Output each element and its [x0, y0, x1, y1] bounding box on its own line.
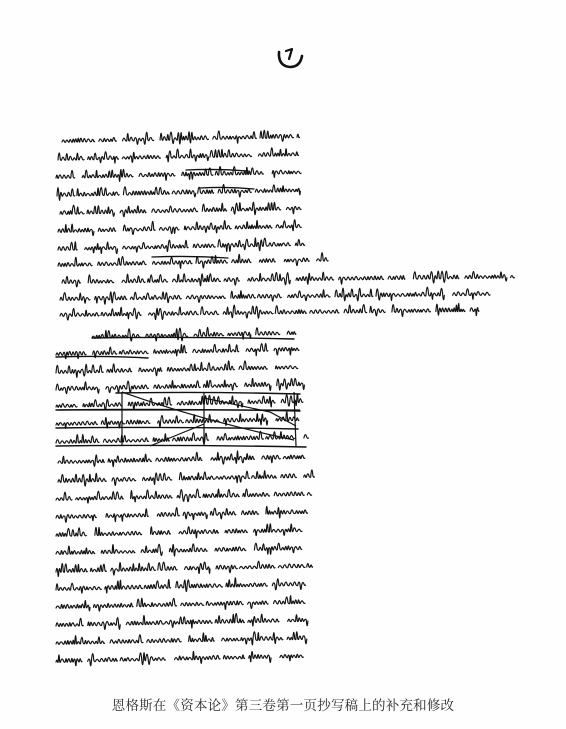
handwriting-line: [58, 220, 301, 236]
strikethrough-mark: [116, 392, 300, 394]
handwritten-manuscript: [0, 0, 566, 680]
handwriting-line: [56, 412, 299, 429]
strikethrough-mark: [56, 445, 306, 447]
handwriting-line: [56, 524, 302, 538]
handwriting-line: [58, 238, 305, 253]
handwriting-line: [56, 578, 306, 593]
handwriting-line: [60, 287, 490, 304]
underline-mark: [152, 256, 228, 258]
underline-mark: [200, 187, 254, 189]
manuscript-page: 1 恩格斯在《资本论》第三卷第一页抄写稿上的补充和修改: [0, 0, 566, 729]
handwriting-line: [58, 451, 305, 467]
handwriting-line: [56, 543, 302, 556]
handwriting-line: [62, 130, 300, 144]
handwriting-line: [56, 506, 308, 522]
handwriting-line: [56, 361, 298, 377]
handwriting-line: [62, 271, 514, 287]
figure-caption: 恩格斯在《资本论》第三卷第一页抄写稿上的补充和修改: [0, 694, 566, 714]
handwriting-line: [56, 632, 307, 645]
handwriting-line: [58, 253, 328, 269]
handwriting-line: [56, 378, 304, 393]
handwriting-line: [57, 185, 300, 201]
underline-mark: [186, 169, 248, 171]
strikethrough-mark: [56, 356, 148, 358]
strikethrough-mark: [56, 427, 298, 429]
handwriting-line: [56, 596, 305, 611]
handwriting-line: [58, 148, 299, 163]
handwriting-line: [58, 470, 314, 486]
handwriting-line: [56, 489, 312, 503]
handwriting-line: [56, 614, 308, 630]
handwriting-line: [56, 651, 303, 665]
handwriting-line: [60, 202, 301, 216]
strikethrough-mark: [92, 337, 294, 339]
handwriting-line: [60, 304, 479, 320]
handwriting-line: [56, 394, 303, 410]
handwriting-line: [56, 167, 301, 182]
handwriting-line: [56, 561, 313, 576]
